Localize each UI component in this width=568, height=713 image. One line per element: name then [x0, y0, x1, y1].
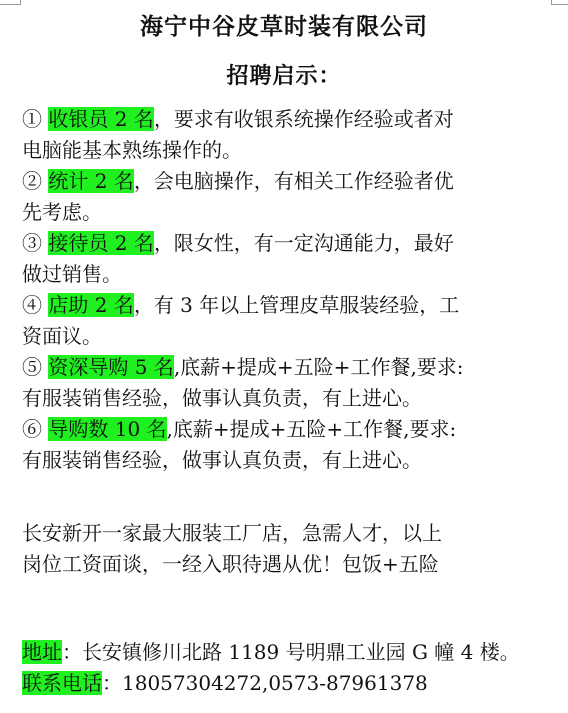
- position-requirements: ,底薪+提成+五险+工作餐,要求:: [174, 355, 464, 379]
- phone-row: 联系电话：18057304272,0573-87961378: [22, 668, 562, 699]
- item-number: ⑥: [22, 417, 42, 441]
- address-value: ：长安镇修川北路 1189 号明鼎工业园 G 幢 4 楼。: [62, 640, 520, 664]
- position-role-highlight: 店助 2 名: [48, 293, 133, 317]
- recruitment-heading: 招聘启示：: [0, 59, 568, 90]
- positions-list: ① 收银员 2 名，要求有收银系统操作经验或者对 电脑能基本熟练操作的。 ② 统…: [22, 104, 557, 476]
- position-requirements-cont: 先考虑。: [22, 200, 102, 224]
- item-number: ①: [22, 107, 42, 131]
- address-label: 地址: [22, 640, 62, 664]
- position-item: ② 统计 2 名，会电脑操作，有相关工作经验者优 先考虑。: [22, 166, 557, 228]
- store-notice: 长安新开一家最大服装工厂店，急需人才，以上 岗位工资面谈，一经入职待遇从优！包饭…: [22, 518, 557, 580]
- position-requirements: ，有 3 年以上管理皮草服装经验，工: [134, 293, 459, 317]
- item-number: ②: [22, 169, 42, 193]
- position-item: ④ 店助 2 名，有 3 年以上管理皮草服装经验，工 资面议。: [22, 290, 557, 352]
- position-role-highlight: 收银员 2 名: [48, 107, 153, 131]
- position-requirements-cont: 有服装销售经验，做事认真负责，有上进心。: [22, 386, 422, 410]
- position-item: ⑥ 导购数 10 名,底薪+提成+五险+工作餐,要求: 有服装销售经验，做事认真…: [22, 414, 557, 476]
- item-number: ④: [22, 293, 42, 317]
- position-requirements-cont: 有服装销售经验，做事认真负责，有上进心。: [22, 448, 422, 472]
- phone-value: ：18057304272,0573-87961378: [102, 671, 428, 695]
- position-role-highlight: 接待员 2 名: [48, 231, 153, 255]
- company-title: 海宁中谷皮草时装有限公司: [0, 8, 568, 41]
- position-role-highlight: 导购数 10 名: [48, 417, 166, 441]
- item-number: ③: [22, 231, 42, 255]
- position-item: ① 收银员 2 名，要求有收银系统操作经验或者对 电脑能基本熟练操作的。: [22, 104, 557, 166]
- position-item: ⑤ 资深导购 5 名,底薪+提成+五险+工作餐,要求: 有服装销售经验，做事认真…: [22, 352, 557, 414]
- page-corner-mark-right: [551, 0, 568, 5]
- page-corner-mark-left: [0, 0, 21, 5]
- address-row: 地址：长安镇修川北路 1189 号明鼎工业园 G 幢 4 楼。: [22, 637, 562, 668]
- contact-info: 地址：长安镇修川北路 1189 号明鼎工业园 G 幢 4 楼。 联系电话：180…: [22, 637, 562, 699]
- position-requirements-cont: 资面议。: [22, 324, 102, 348]
- position-role-highlight: 资深导购 5 名: [48, 355, 173, 379]
- position-requirements-cont: 电脑能基本熟练操作的。: [22, 138, 242, 162]
- phone-label: 联系电话: [22, 671, 102, 695]
- position-requirements: ，要求有收银系统操作经验或者对: [154, 107, 454, 131]
- position-requirements: ，会电脑操作，有相关工作经验者优: [134, 169, 454, 193]
- item-number: ⑤: [22, 355, 42, 379]
- position-requirements: ,底薪+提成+五险+工作餐,要求:: [167, 417, 457, 441]
- position-requirements: ，限女性，有一定沟通能力，最好: [154, 231, 454, 255]
- position-item: ③ 接待员 2 名，限女性，有一定沟通能力，最好 做过销售。: [22, 228, 557, 290]
- position-role-highlight: 统计 2 名: [48, 169, 133, 193]
- notice-line: 长安新开一家最大服装工厂店，急需人才，以上: [22, 521, 442, 545]
- position-requirements-cont: 做过销售。: [22, 262, 122, 286]
- notice-line: 岗位工资面谈，一经入职待遇从优！包饭+五险: [22, 552, 439, 576]
